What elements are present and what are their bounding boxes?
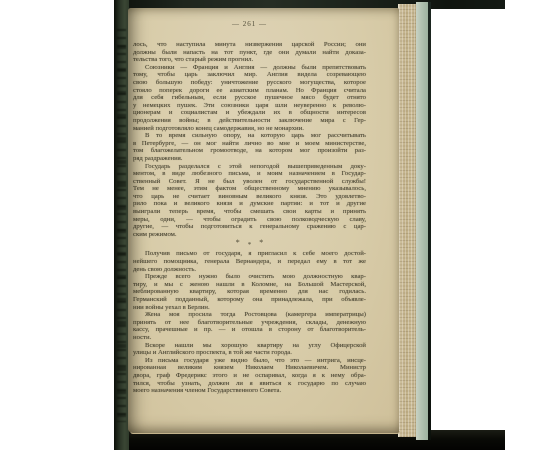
text-line: ционерам и социалистам и убеждали их в о… <box>133 109 366 117</box>
text-line: моего назначения членом Государственного… <box>133 387 366 395</box>
page-block-fore-edge <box>398 4 417 437</box>
section-separator: *** <box>133 239 366 248</box>
paragraph: Прежде всего нужно было очистить мою дол… <box>133 273 366 311</box>
paragraph: Жена моя просила тогда Ростовцова (камер… <box>133 311 366 341</box>
text-line: том благожелательном громоотводе, на кот… <box>133 147 366 155</box>
book-photo: — 261 — лось, что наступила минута низве… <box>114 0 505 450</box>
book-cover-dark-edge <box>428 2 431 440</box>
text-line: ским режимом. <box>133 231 366 239</box>
text-line: тому, чтобы царь заключил мир. Англия ви… <box>133 71 366 79</box>
text-line: другие, — чтобы подготовиться к генераль… <box>133 223 366 231</box>
text-line: что царь не считает виновным великого кн… <box>133 193 366 201</box>
left-page-text-edge <box>117 26 126 422</box>
text-line: ряд раздражения. <box>133 155 366 163</box>
text-line: тился, чтобы узнать, должен ли я явиться… <box>133 380 366 388</box>
text-line: манией подготовляло конец самодержавия, … <box>133 125 366 133</box>
asterisk: * <box>259 239 263 247</box>
text-line: свою большую победу: уничтожение русског… <box>133 79 366 87</box>
left-page-fore-edge <box>114 0 129 450</box>
page-text: лось, что наступила минута низвержения ц… <box>133 41 366 395</box>
text-line: Государь разделался с этой непогодой выш… <box>133 163 366 171</box>
asterisk: * <box>248 241 252 249</box>
text-line: Получив письмо от государя, я пригласил … <box>133 250 366 258</box>
paragraph: Из письма государя уже видно было, что э… <box>133 357 366 395</box>
paragraph: Вскоре нашли мы хорошую квартиру на углу… <box>133 342 366 357</box>
text-line: двора, граф Фредерикс этого и не оспарив… <box>133 372 366 380</box>
text-line: Германский подданный, которому она прина… <box>133 296 366 304</box>
text-line: тельства того, что старый режим прогнил. <box>133 56 366 64</box>
text-line: для себя гибельным, если русское пушечно… <box>133 94 366 102</box>
text-line: выиграли теперь время, чтобы смешать сво… <box>133 208 366 216</box>
paragraph: Получив письмо от государя, я пригласил … <box>133 250 366 273</box>
text-line: нейшего помощника, генерала Вернандера, … <box>133 258 366 266</box>
text-line: улицы и Английского проспекта, в той же … <box>133 349 366 357</box>
text-line: меблированную квартиру, которая временно… <box>133 288 366 296</box>
paragraph: лось, что наступила минута низвержения ц… <box>133 41 366 64</box>
page-number: — 261 — <box>133 20 366 28</box>
book-cover-edge <box>416 2 428 440</box>
paragraph: В то время сильную опору, на которую цар… <box>133 132 366 162</box>
text-line: В то время сильную опору, на которую цар… <box>133 132 366 140</box>
text-line: продолжения войны; в действительности за… <box>133 117 366 125</box>
text-line: рило пока и великого князя и думские пар… <box>133 200 366 208</box>
text-line: кассу, прачешные и пр. — и отошла в стор… <box>133 326 366 334</box>
text-line: нированная великим князем Николаем Никол… <box>133 364 366 372</box>
text-line: Жена моя просила тогда Ростовцова (камер… <box>133 311 366 319</box>
paragraph: Государь разделался с этой непогодой выш… <box>133 163 366 239</box>
asterisk: * <box>236 239 240 247</box>
text-line: ности. <box>133 334 366 342</box>
book-page: — 261 — лось, что наступила минута низве… <box>128 8 399 433</box>
text-line: Тем не менее, этим фактом общественному … <box>133 185 366 193</box>
paragraph: Союзники — Франция и Англия — должны был… <box>133 64 366 132</box>
text-line: Из письма государя уже видно было, что э… <box>133 357 366 365</box>
text-line: ментом, в виде любезного письма, и моим … <box>133 170 366 178</box>
text-line: Прежде всего нужно было очистить мою дол… <box>133 273 366 281</box>
text-line: лось, что наступила минута низвержения ц… <box>133 41 366 49</box>
white-backdrop: — 261 — лось, что наступила минута низве… <box>0 0 550 450</box>
